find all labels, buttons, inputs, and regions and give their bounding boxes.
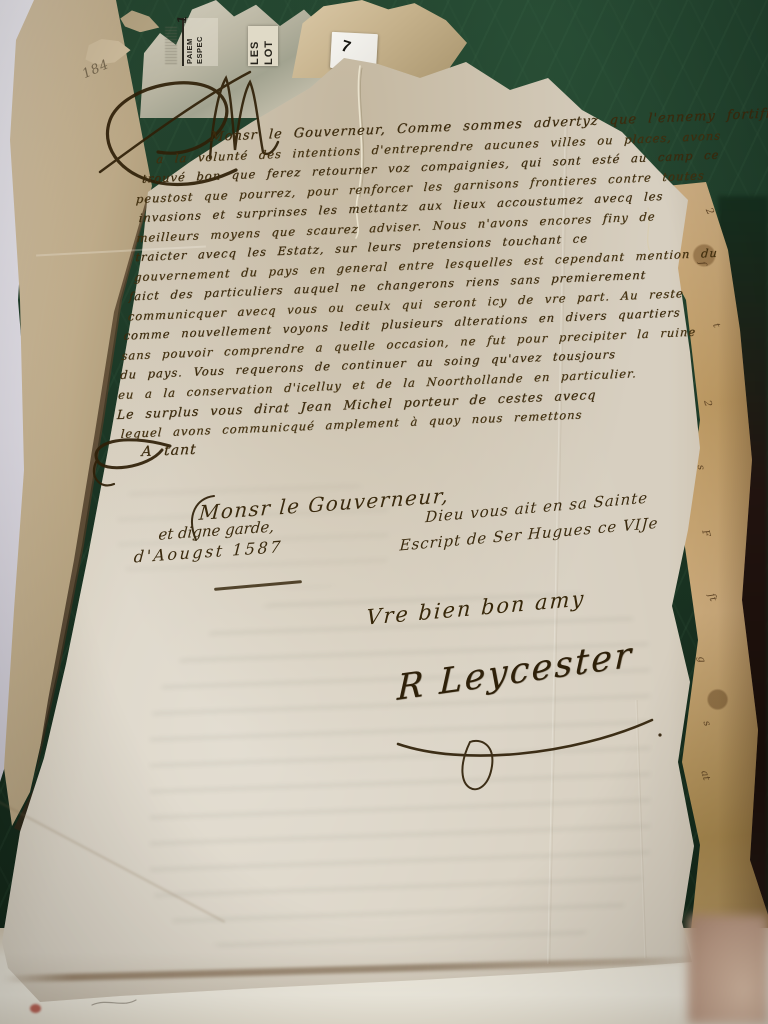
- signature-dot: [658, 733, 661, 736]
- bottom-right-blur: [688, 915, 768, 1024]
- signature-descender-loop: [462, 741, 492, 789]
- letter-body: Monsr le Gouverneur, Comme sommes advert…: [112, 107, 729, 464]
- photo-of-manuscript: 2ſt2sFſtgsat PAIEM ESPEC 1 LES LOT 7: [0, 0, 768, 1024]
- signature-underline-swash: [398, 720, 652, 756]
- atant-flourish-loop: [94, 460, 114, 485]
- pencil-squiggle: [92, 1000, 136, 1005]
